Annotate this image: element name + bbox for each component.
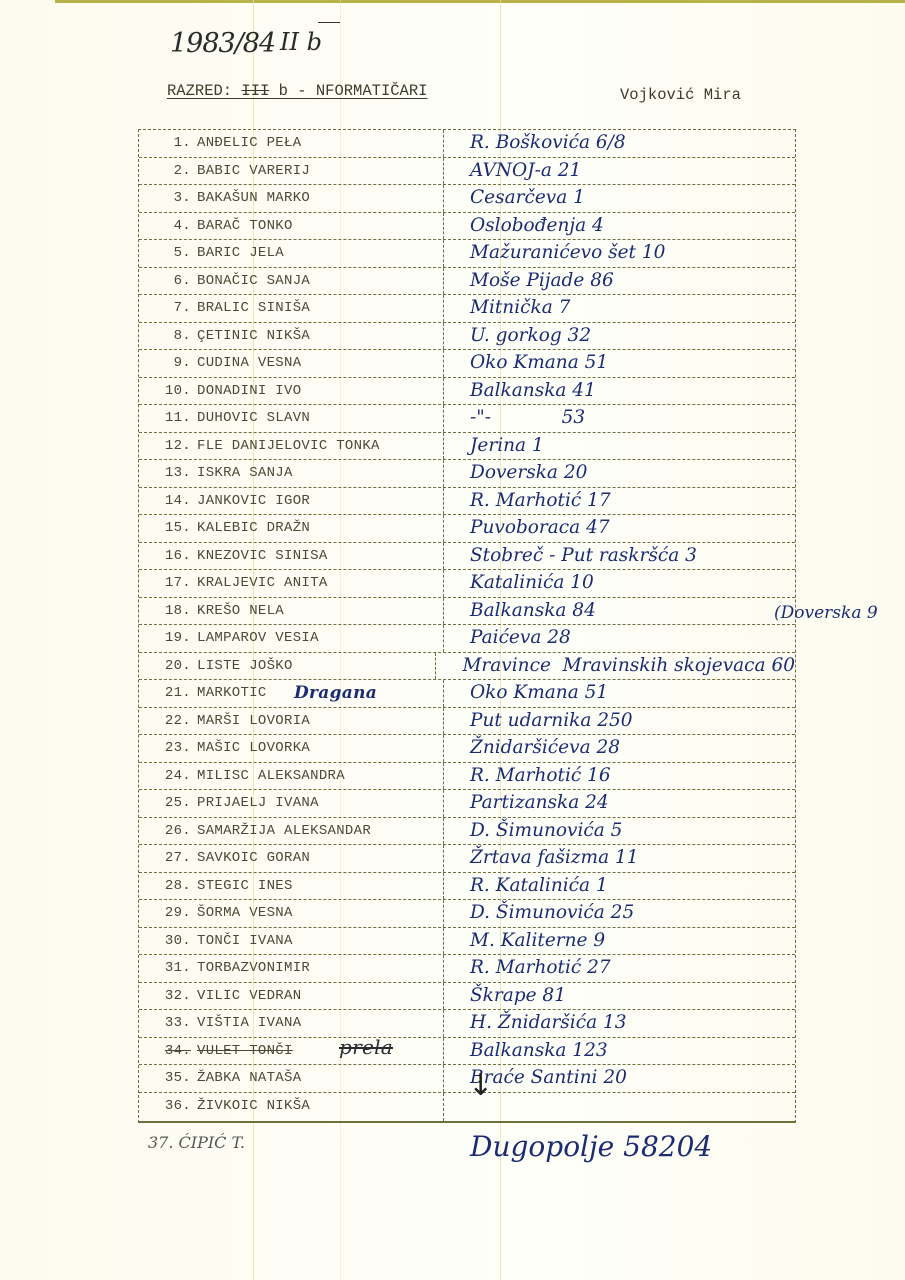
address-cell: Katalinića 10 [444, 570, 795, 597]
address-cell: Žnidaršićeva 28 [444, 735, 795, 762]
name-annotation: Dragana [294, 680, 377, 706]
class-note: II b [280, 28, 322, 56]
table-row: 20.LISTE JOŠKOMravince Mravinskih skojev… [139, 653, 795, 681]
row-number: 4. [153, 213, 191, 239]
student-name: VULET TONČI [197, 1043, 293, 1059]
address-cell: Balkanska 123 [444, 1038, 795, 1065]
heading-struck: III [241, 82, 269, 100]
student-address: Oko Kmana 51 [470, 682, 608, 703]
row-number: 26. [153, 818, 191, 844]
address-cell: Mravince Mravinskih skojevaca 60 [436, 653, 795, 680]
student-entry: 19.LAMPAROV VESIA [153, 630, 319, 646]
student-name-cell: 5.BARIC JELA [139, 240, 444, 267]
student-name-cell: 23.MAŠIC LOVORKA [139, 735, 444, 762]
student-entry: 20.LISTE JOŠKO [153, 658, 293, 674]
student-name: TORBAZVONIMIR [197, 960, 310, 976]
student-address: D. Šimunovića 5 [470, 820, 622, 841]
document-page: 1983/84 II b RAZRED: III b - NFORMATIČAR… [0, 0, 905, 1280]
student-name: KREŠO NELA [197, 603, 284, 619]
table-row: 12.FLE DANIJELOVIC TONKAJerina 1 [139, 433, 795, 461]
student-name-cell: 28.STEGIC INES [139, 873, 444, 900]
student-name: CUDINA VESNA [197, 355, 301, 371]
student-address: Cesarčeva 1 [470, 187, 585, 208]
row-number: 20. [153, 653, 191, 679]
student-name-cell: 13.ISKRA SANJA [139, 460, 444, 487]
table-row: 11.DUHOVIC SLAVN-"- 53 [139, 405, 795, 433]
student-address: Mažuranićevo šet 10 [470, 242, 665, 263]
row-number: 18. [153, 598, 191, 624]
row-number: 2. [153, 158, 191, 184]
student-address: Partizanska 24 [470, 792, 609, 813]
name-annotation: prela [339, 1034, 393, 1060]
footer-left-note: 37. ĆIPIĆ T. [148, 1133, 245, 1152]
student-address: Žrtava fašizma 11 [470, 847, 639, 868]
student-address: Paićeva 28 [470, 627, 571, 648]
student-address: R. Marhotić 27 [470, 957, 611, 978]
address-cell: M. Kaliterne 9 [444, 928, 795, 955]
student-entry: 28.STEGIC INES [153, 878, 293, 894]
table-row: 5.BARIC JELAMažuranićevo šet 10 [139, 240, 795, 268]
student-entry: 10.DONADINI IVO [153, 383, 301, 399]
table-row: 35.ŽABKA NATAŠABraće Santini 20 [139, 1065, 795, 1093]
student-name-cell: 10.DONADINI IVO [139, 378, 444, 405]
address-cell: R. Katalinića 1 [444, 873, 795, 900]
address-cell: R. Marhotić 17 [444, 488, 795, 515]
row-number: 27. [153, 845, 191, 871]
student-name: KNEZOVIC SINISA [197, 548, 328, 564]
student-name-cell: 17.KRALJEVIC ANITA [139, 570, 444, 597]
student-name-cell: 12.FLE DANIJELOVIC TONKA [139, 433, 444, 460]
row-number: 31. [153, 955, 191, 981]
student-name-cell: 29.ŠORMA VESNA [139, 900, 444, 927]
footer-right-note: Dugopolje 58204 [470, 1130, 712, 1163]
row-number: 35. [153, 1065, 191, 1091]
address-cell: Moše Pijade 86 [444, 268, 795, 295]
table-row: 32.VILIC VEDRANŠkrape 81 [139, 983, 795, 1011]
student-name: MARKOTIC [197, 685, 267, 701]
student-name: STEGIC INES [197, 878, 293, 894]
heading-suffix: b - NFORMATIČARI [269, 82, 427, 100]
student-name: PRIJAELJ IVANA [197, 795, 319, 811]
student-name: ISKRA SANJA [197, 465, 293, 481]
student-name: FLE DANIJELOVIC TONKA [197, 438, 380, 454]
student-entry: 7.BRALIC SINIŠA [153, 300, 310, 316]
student-name-cell: 8.ÇETINIC NIKŠA [139, 323, 444, 350]
table-row: 36.ŽIVKOIC NIKŠA [139, 1093, 795, 1123]
student-entry: 27.SAVKOIC GORAN [153, 850, 310, 866]
student-name-cell: 7.BRALIC SINIŠA [139, 295, 444, 322]
student-name-cell: 15.KALEBIC DRAŽN [139, 515, 444, 542]
class-heading: RAZRED: III b - NFORMATIČARI [167, 82, 427, 100]
address-cell: Puvobоrаca 47 [444, 515, 795, 542]
paper-edge [55, 0, 905, 3]
row-number: 33. [153, 1010, 191, 1036]
student-name: VIŠTIA IVANA [197, 1015, 301, 1031]
student-address: -"- 53 [470, 407, 585, 428]
address-cell: Žrtava fašizma 11 [444, 845, 795, 872]
student-address: R. Boškovića 6/8 [470, 132, 626, 153]
student-address: Mitnička 7 [470, 297, 570, 318]
student-name: BRALIC SINIŠA [197, 300, 310, 316]
student-entry: 17.KRALJEVIC ANITA [153, 575, 328, 591]
table-row: 2.BABIC VARERIJAVNOJ-a 21 [139, 158, 795, 186]
student-entry: 3.BAKAŠUN MARKO [153, 190, 310, 206]
student-address: Puvobоrаca 47 [470, 517, 610, 538]
student-address: R. Marhotić 16 [470, 765, 611, 786]
table-row: 33.VIŠTIA IVANAH. Žnidaršića 13 [139, 1010, 795, 1038]
row-number: 8. [153, 323, 191, 349]
student-name-cell: 24.MILISC ALEKSANDRA [139, 763, 444, 790]
student-address: M. Kaliterne 9 [470, 930, 605, 951]
row-number: 1. [153, 130, 191, 156]
address-cell: H. Žnidaršića 13 [444, 1010, 795, 1037]
table-row: 17.KRALJEVIC ANITAKatalinića 10 [139, 570, 795, 598]
student-name: BONAČIC SANJA [197, 273, 310, 289]
student-entry: 36.ŽIVKOIC NIKŠA [153, 1098, 310, 1114]
row-number: 28. [153, 873, 191, 899]
table-row: 22.MARŠI LOVORIAPut udarnika 250 [139, 708, 795, 736]
table-row: 18.KREŠO NELABalkanska 84(Doverska 9 [139, 598, 795, 626]
row-number: 19. [153, 625, 191, 651]
row-number: 23. [153, 735, 191, 761]
table-row: 9.CUDINA VESNAOko Kmana 51 [139, 350, 795, 378]
student-address: R. Marhotić 17 [470, 490, 611, 511]
student-entry: 21.MARKOTIC [153, 685, 267, 701]
student-address: Put udarnika 250 [470, 710, 633, 731]
student-name: LAMPAROV VESIA [197, 630, 319, 646]
student-name-cell: 35.ŽABKA NATAŠA [139, 1065, 444, 1092]
student-name-cell: 34.VULET TONČIprela [139, 1038, 444, 1065]
student-name: VILIC VEDRAN [197, 988, 301, 1004]
student-name-cell: 30.TONČI IVANA [139, 928, 444, 955]
student-name: ŽABKA NATAŠA [197, 1070, 301, 1086]
row-number: 6. [153, 268, 191, 294]
student-entry: 26.SAMARŽIJA ALEKSANDAR [153, 823, 371, 839]
student-entry: 32.VILIC VEDRAN [153, 988, 301, 1004]
student-name-cell: 1.ANĐELIC PEŁA [139, 130, 444, 157]
row-number: 11. [153, 405, 191, 431]
table-row: 1.ANĐELIC PEŁAR. Boškovića 6/8 [139, 130, 795, 158]
arrow-down-icon: ↓ [468, 1068, 493, 1103]
student-name: SAVKOIC GORAN [197, 850, 310, 866]
address-cell: R. Marhotić 27 [444, 955, 795, 982]
address-cell: AVNOJ-a 21 [444, 158, 795, 185]
address-cell: Jerina 1 [444, 433, 795, 460]
student-address: Oslobođenja 4 [470, 215, 604, 236]
student-entry: 25.PRIJAELJ IVANA [153, 795, 319, 811]
student-address: Braće Santini 20 [470, 1067, 627, 1088]
student-name-cell: 26.SAMARŽIJA ALEKSANDAR [139, 818, 444, 845]
student-entry: 14.JANKOVIC IGOR [153, 493, 310, 509]
address-cell: Oko Kmana 51 [444, 680, 795, 707]
student-address: D. Šimunovića 25 [470, 902, 634, 923]
table-row: 28.STEGIC INESR. Katalinića 1 [139, 873, 795, 901]
row-number: 13. [153, 460, 191, 486]
student-name: TONČI IVANA [197, 933, 293, 949]
table-row: 10.DONADINI IVOBalkanska 41 [139, 378, 795, 406]
row-number: 5. [153, 240, 191, 266]
student-name: DONADINI IVO [197, 383, 301, 399]
table-row: 31.TORBAZVONIMIRR. Marhotić 27 [139, 955, 795, 983]
table-row: 26.SAMARŽIJA ALEKSANDARD. Šimunovića 5 [139, 818, 795, 846]
row-number: 10. [153, 378, 191, 404]
student-name: ANĐELIC PEŁA [197, 135, 301, 151]
row-number: 30. [153, 928, 191, 954]
row-number: 17. [153, 570, 191, 596]
student-address: Mravince Mravinskih skojevaca 60 [462, 655, 795, 676]
student-name: ŠORMA VESNA [197, 905, 293, 921]
student-name-cell: 22.MARŠI LOVORIA [139, 708, 444, 735]
table-row: 29.ŠORMA VESNAD. Šimunovića 25 [139, 900, 795, 928]
address-cell: Mitnička 7 [444, 295, 795, 322]
student-entry: 13.ISKRA SANJA [153, 465, 293, 481]
student-name: ÇETINIC NIKŠA [197, 328, 310, 344]
row-number: 16. [153, 543, 191, 569]
student-name: BARAČ TONKO [197, 218, 293, 234]
student-address: Balkanska 84 [470, 600, 596, 621]
table-row: 23.MAŠIC LOVORKAŽnidaršićeva 28 [139, 735, 795, 763]
address-cell: U. gorkog 32 [444, 323, 795, 350]
address-cell: R. Marhotić 16 [444, 763, 795, 790]
student-name: KRALJEVIC ANITA [197, 575, 328, 591]
row-number: 32. [153, 983, 191, 1009]
student-name-cell: 33.VIŠTIA IVANA [139, 1010, 444, 1037]
student-name-cell: 21.MARKOTICDragana [139, 680, 444, 707]
row-number: 15. [153, 515, 191, 541]
student-name: MAŠIC LOVORKA [197, 740, 310, 756]
student-entry: 16.KNEZOVIC SINISA [153, 548, 328, 564]
student-name-cell: 32.VILIC VEDRAN [139, 983, 444, 1010]
student-name: JANKOVIC IGOR [197, 493, 310, 509]
student-entry: 33.VIŠTIA IVANA [153, 1015, 301, 1031]
student-name-cell: 18.KREŠO NELA [139, 598, 444, 625]
student-name-cell: 19.LAMPAROV VESIA [139, 625, 444, 652]
table-row: 34.VULET TONČIprelaBalkanska 123 [139, 1038, 795, 1066]
table-row: 24.MILISC ALEKSANDRAR. Marhotić 16 [139, 763, 795, 791]
address-cell: D. Šimunovića 25 [444, 900, 795, 927]
student-entry: 9.CUDINA VESNA [153, 355, 301, 371]
student-address: U. gorkog 32 [470, 325, 591, 346]
table-row: 16.KNEZOVIC SINISAStobreč - Put raskršća… [139, 543, 795, 571]
student-entry: 30.TONČI IVANA [153, 933, 293, 949]
student-entry: 24.MILISC ALEKSANDRA [153, 768, 345, 784]
student-name-cell: 3.BAKAŠUN MARKO [139, 185, 444, 212]
student-entry: 22.MARŠI LOVORIA [153, 713, 310, 729]
table-row: 19.LAMPAROV VESIAPaićeva 28 [139, 625, 795, 653]
row-number: 24. [153, 763, 191, 789]
student-entry: 29.ŠORMA VESNA [153, 905, 293, 921]
student-address: Balkanska 123 [470, 1040, 608, 1061]
student-name-cell: 4.BARAČ TONKO [139, 213, 444, 240]
student-address: Doverska 20 [470, 462, 587, 483]
student-entry: 8.ÇETINIC NIKŠA [153, 328, 310, 344]
student-name-cell: 6.BONAČIC SANJA [139, 268, 444, 295]
address-cell: Oslobođenja 4 [444, 213, 795, 240]
student-entry: 11.DUHOVIC SLAVN [153, 410, 310, 426]
student-name: MARŠI LOVORIA [197, 713, 310, 729]
table-row: 7.BRALIC SINIŠAMitnička 7 [139, 295, 795, 323]
table-row: 15.KALEBIC DRAŽNPuvobоrаca 47 [139, 515, 795, 543]
student-name-cell: 25.PRIJAELJ IVANA [139, 790, 444, 817]
address-cell: Balkanska 84(Doverska 9 [444, 598, 795, 625]
student-name-cell: 2.BABIC VARERIJ [139, 158, 444, 185]
student-name-cell: 36.ŽIVKOIC NIKŠA [139, 1093, 444, 1121]
address-cell: Balkanska 41 [444, 378, 795, 405]
address-cell [444, 1093, 795, 1121]
student-name: DUHOVIC SLAVN [197, 410, 310, 426]
address-cell: Oko Kmana 51 [444, 350, 795, 377]
student-entry: 4.BARAČ TONKO [153, 218, 293, 234]
student-address: Žnidaršićeva 28 [470, 737, 620, 758]
student-address: Jerina 1 [470, 435, 544, 456]
address-cell: Paićeva 28 [444, 625, 795, 652]
student-entry: 18.KREŠO NELA [153, 603, 284, 619]
student-entry: 6.BONAČIC SANJA [153, 273, 310, 289]
student-entry: 1.ANĐELIC PEŁA [153, 135, 301, 151]
student-name-cell: 11.DUHOVIC SLAVN [139, 405, 444, 432]
student-address: Katalinića 10 [470, 572, 594, 593]
student-address: Stobreč - Put raskršća 3 [470, 545, 697, 566]
table-row: 3.BAKAŠUN MARKOCesarčeva 1 [139, 185, 795, 213]
address-cell: Braće Santini 20 [444, 1065, 795, 1092]
student-entry: 34.VULET TONČI [153, 1043, 293, 1059]
student-name: BABIC VARERIJ [197, 163, 310, 179]
table-row: 30.TONČI IVANAM. Kaliterne 9 [139, 928, 795, 956]
table-row: 25.PRIJAELJ IVANAPartizanska 24 [139, 790, 795, 818]
student-name: LISTE JOŠKO [197, 658, 293, 674]
row-number: 7. [153, 295, 191, 321]
row-number: 29. [153, 900, 191, 926]
address-cell: Stobreč - Put raskršća 3 [444, 543, 795, 570]
student-entry: 2.BABIC VARERIJ [153, 163, 310, 179]
student-address: H. Žnidaršića 13 [470, 1012, 627, 1033]
student-entry: 12.FLE DANIJELOVIC TONKA [153, 438, 380, 454]
student-entry: 15.KALEBIC DRAŽN [153, 520, 310, 536]
student-address: AVNOJ-a 21 [470, 160, 581, 181]
student-name-cell: 20.LISTE JOŠKO [139, 653, 436, 680]
row-number: 22. [153, 708, 191, 734]
table-row: 13.ISKRA SANJADoverska 20 [139, 460, 795, 488]
row-number: 25. [153, 790, 191, 816]
address-cell: Doverska 20 [444, 460, 795, 487]
table-row: 8.ÇETINIC NIKŠAU. gorkog 32 [139, 323, 795, 351]
student-entry: 35.ŽABKA NATAŠA [153, 1070, 301, 1086]
student-address: R. Katalinića 1 [470, 875, 608, 896]
student-entry: 23.MAŠIC LOVORKA [153, 740, 310, 756]
row-number: 21. [153, 680, 191, 706]
address-cell: Škrape 81 [444, 983, 795, 1010]
table-row: 27.SAVKOIC GORANŽrtava fašizma 11 [139, 845, 795, 873]
student-address: Moše Pijade 86 [470, 270, 614, 291]
table-row: 4.BARAČ TONKOOslobođenja 4 [139, 213, 795, 241]
student-entry: 31.TORBAZVONIMIR [153, 960, 310, 976]
student-entry: 5.BARIC JELA [153, 245, 284, 261]
student-address: Škrape 81 [470, 985, 566, 1006]
student-name-cell: 14.JANKOVIC IGOR [139, 488, 444, 515]
row-number: 3. [153, 185, 191, 211]
address-cell: Cesarčeva 1 [444, 185, 795, 212]
student-name-cell: 31.TORBAZVONIMIR [139, 955, 444, 982]
address-cell: Mažuranićevo šet 10 [444, 240, 795, 267]
student-name: KALEBIC DRAŽN [197, 520, 310, 536]
address-cell: Put udarnika 250 [444, 708, 795, 735]
student-name: SAMARŽIJA ALEKSANDAR [197, 823, 371, 839]
row-number: 12. [153, 433, 191, 459]
row-number: 36. [153, 1093, 191, 1119]
student-name: ŽIVKOIC NIKŠA [197, 1098, 310, 1114]
table-row: 14.JANKOVIC IGORR. Marhotić 17 [139, 488, 795, 516]
heading-prefix: RAZRED: [167, 82, 241, 100]
address-cell: Partizanska 24 [444, 790, 795, 817]
address-cell: -"- 53 [444, 405, 795, 432]
student-name: BAKAŠUN MARKO [197, 190, 310, 206]
address-cell: R. Boškovića 6/8 [444, 130, 795, 157]
class-note-mark [318, 22, 340, 23]
student-name: MILISC ALEKSANDRA [197, 768, 345, 784]
row-number: 14. [153, 488, 191, 514]
table-row: 21.MARKOTICDraganaOko Kmana 51 [139, 680, 795, 708]
address-cell: D. Šimunovića 5 [444, 818, 795, 845]
student-address: Balkanska 41 [470, 380, 596, 401]
teacher-name: Vojković Mira [620, 86, 741, 104]
student-name-cell: 9.CUDINA VESNA [139, 350, 444, 377]
student-table: 1.ANĐELIC PEŁAR. Boškovića 6/82.BABIC VA… [138, 129, 796, 1123]
row-number: 9. [153, 350, 191, 376]
row-number: 34. [153, 1038, 191, 1064]
student-name: BARIC JELA [197, 245, 284, 261]
table-row: 6.BONAČIC SANJAMoše Pijade 86 [139, 268, 795, 296]
address-note: (Doverska 9 [774, 600, 878, 626]
student-name-cell: 27.SAVKOIC GORAN [139, 845, 444, 872]
student-address: Oko Kmana 51 [470, 352, 608, 373]
school-year: 1983/84 [170, 28, 275, 59]
student-name-cell: 16.KNEZOVIC SINISA [139, 543, 444, 570]
